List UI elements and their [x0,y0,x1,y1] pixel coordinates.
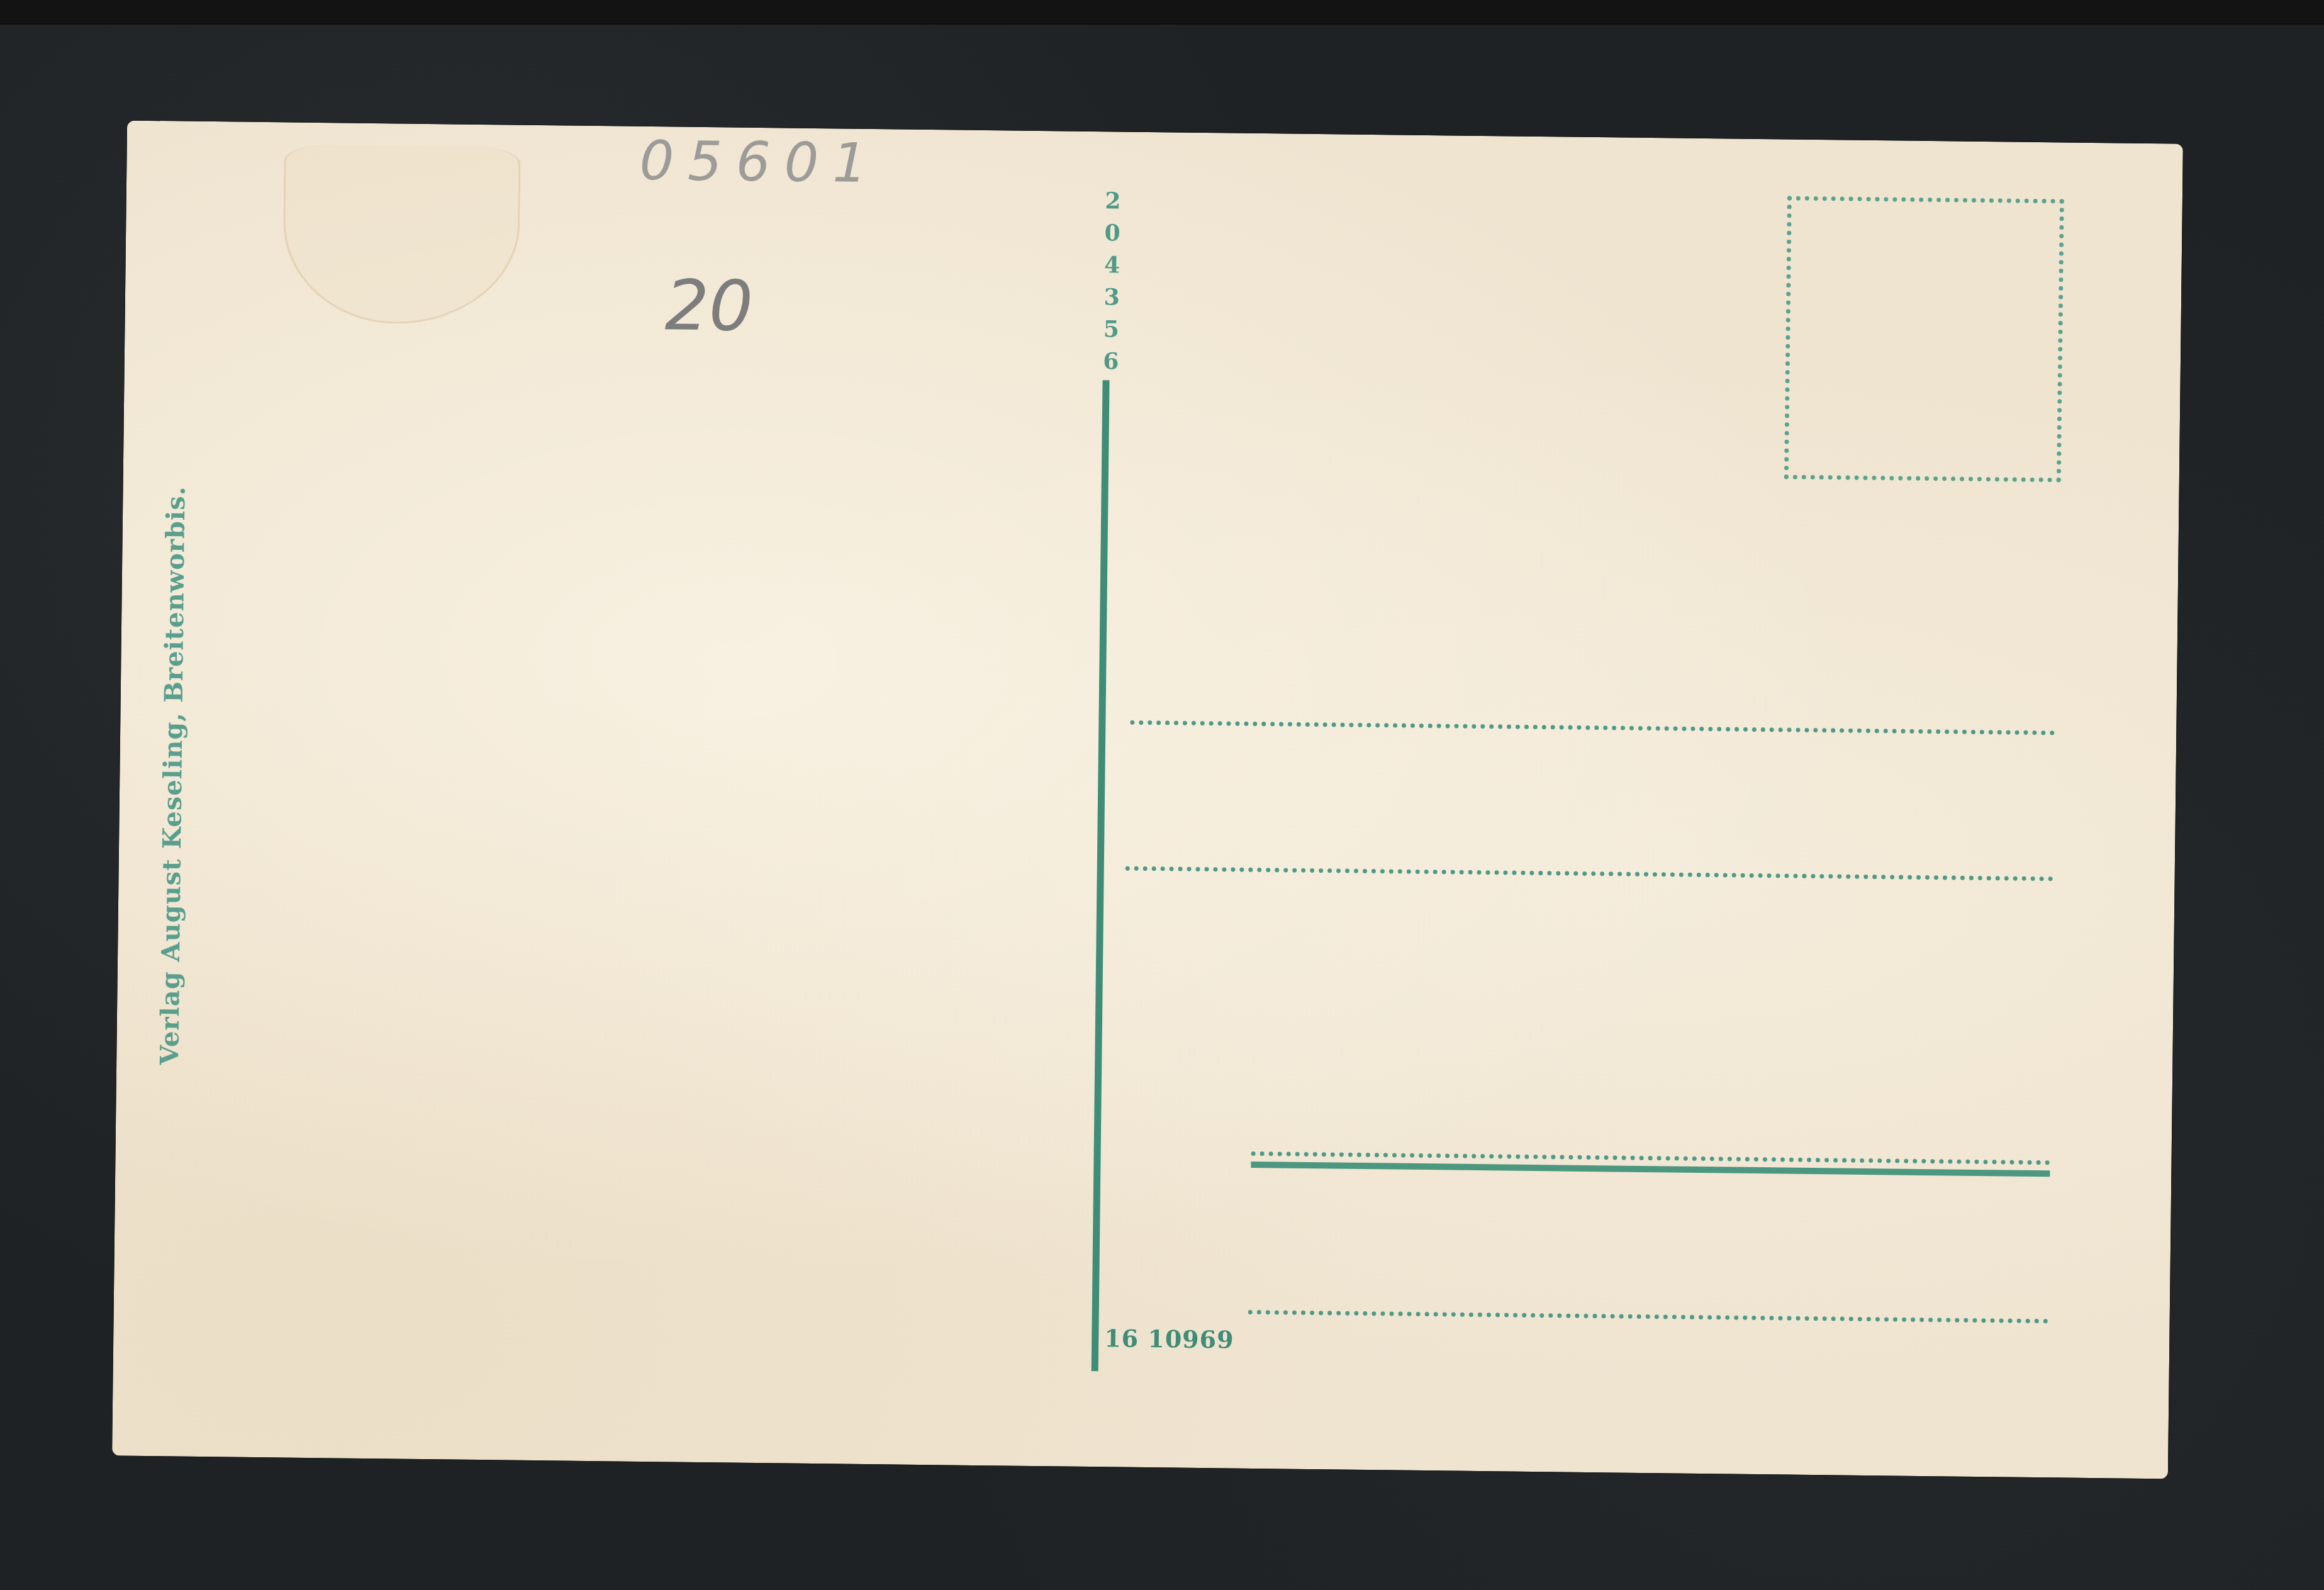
scanner-top-band [0,0,2324,25]
serial-digit: 6 [1103,345,1119,378]
serial-digit: 0 [1104,217,1120,249]
address-line-3-underline [1251,1162,2050,1177]
address-line-4 [1248,1310,2048,1323]
pencil-catalog-number: 05601 [639,130,881,195]
center-divider-line [1092,380,1110,1371]
address-line-1 [1130,720,2055,736]
serial-digit: 4 [1104,249,1120,281]
publisher-imprint: Verlag August Keseling, Breitenworbis. [154,461,193,1090]
pencil-price: 20 [664,265,753,347]
water-stain [282,144,521,325]
serial-digit: 5 [1103,313,1120,345]
address-line-2 [1126,866,2053,882]
postcard-back: 05601 20 Verlag August Keseling, Breiten… [112,121,2183,1479]
serial-number-vertical: 2 0 4 3 5 6 [1098,185,1126,378]
stamp-box [1784,196,2064,482]
serial-digit: 3 [1103,281,1120,313]
serial-digit: 2 [1105,185,1121,217]
print-code: 16 10969 [1104,1324,1234,1353]
